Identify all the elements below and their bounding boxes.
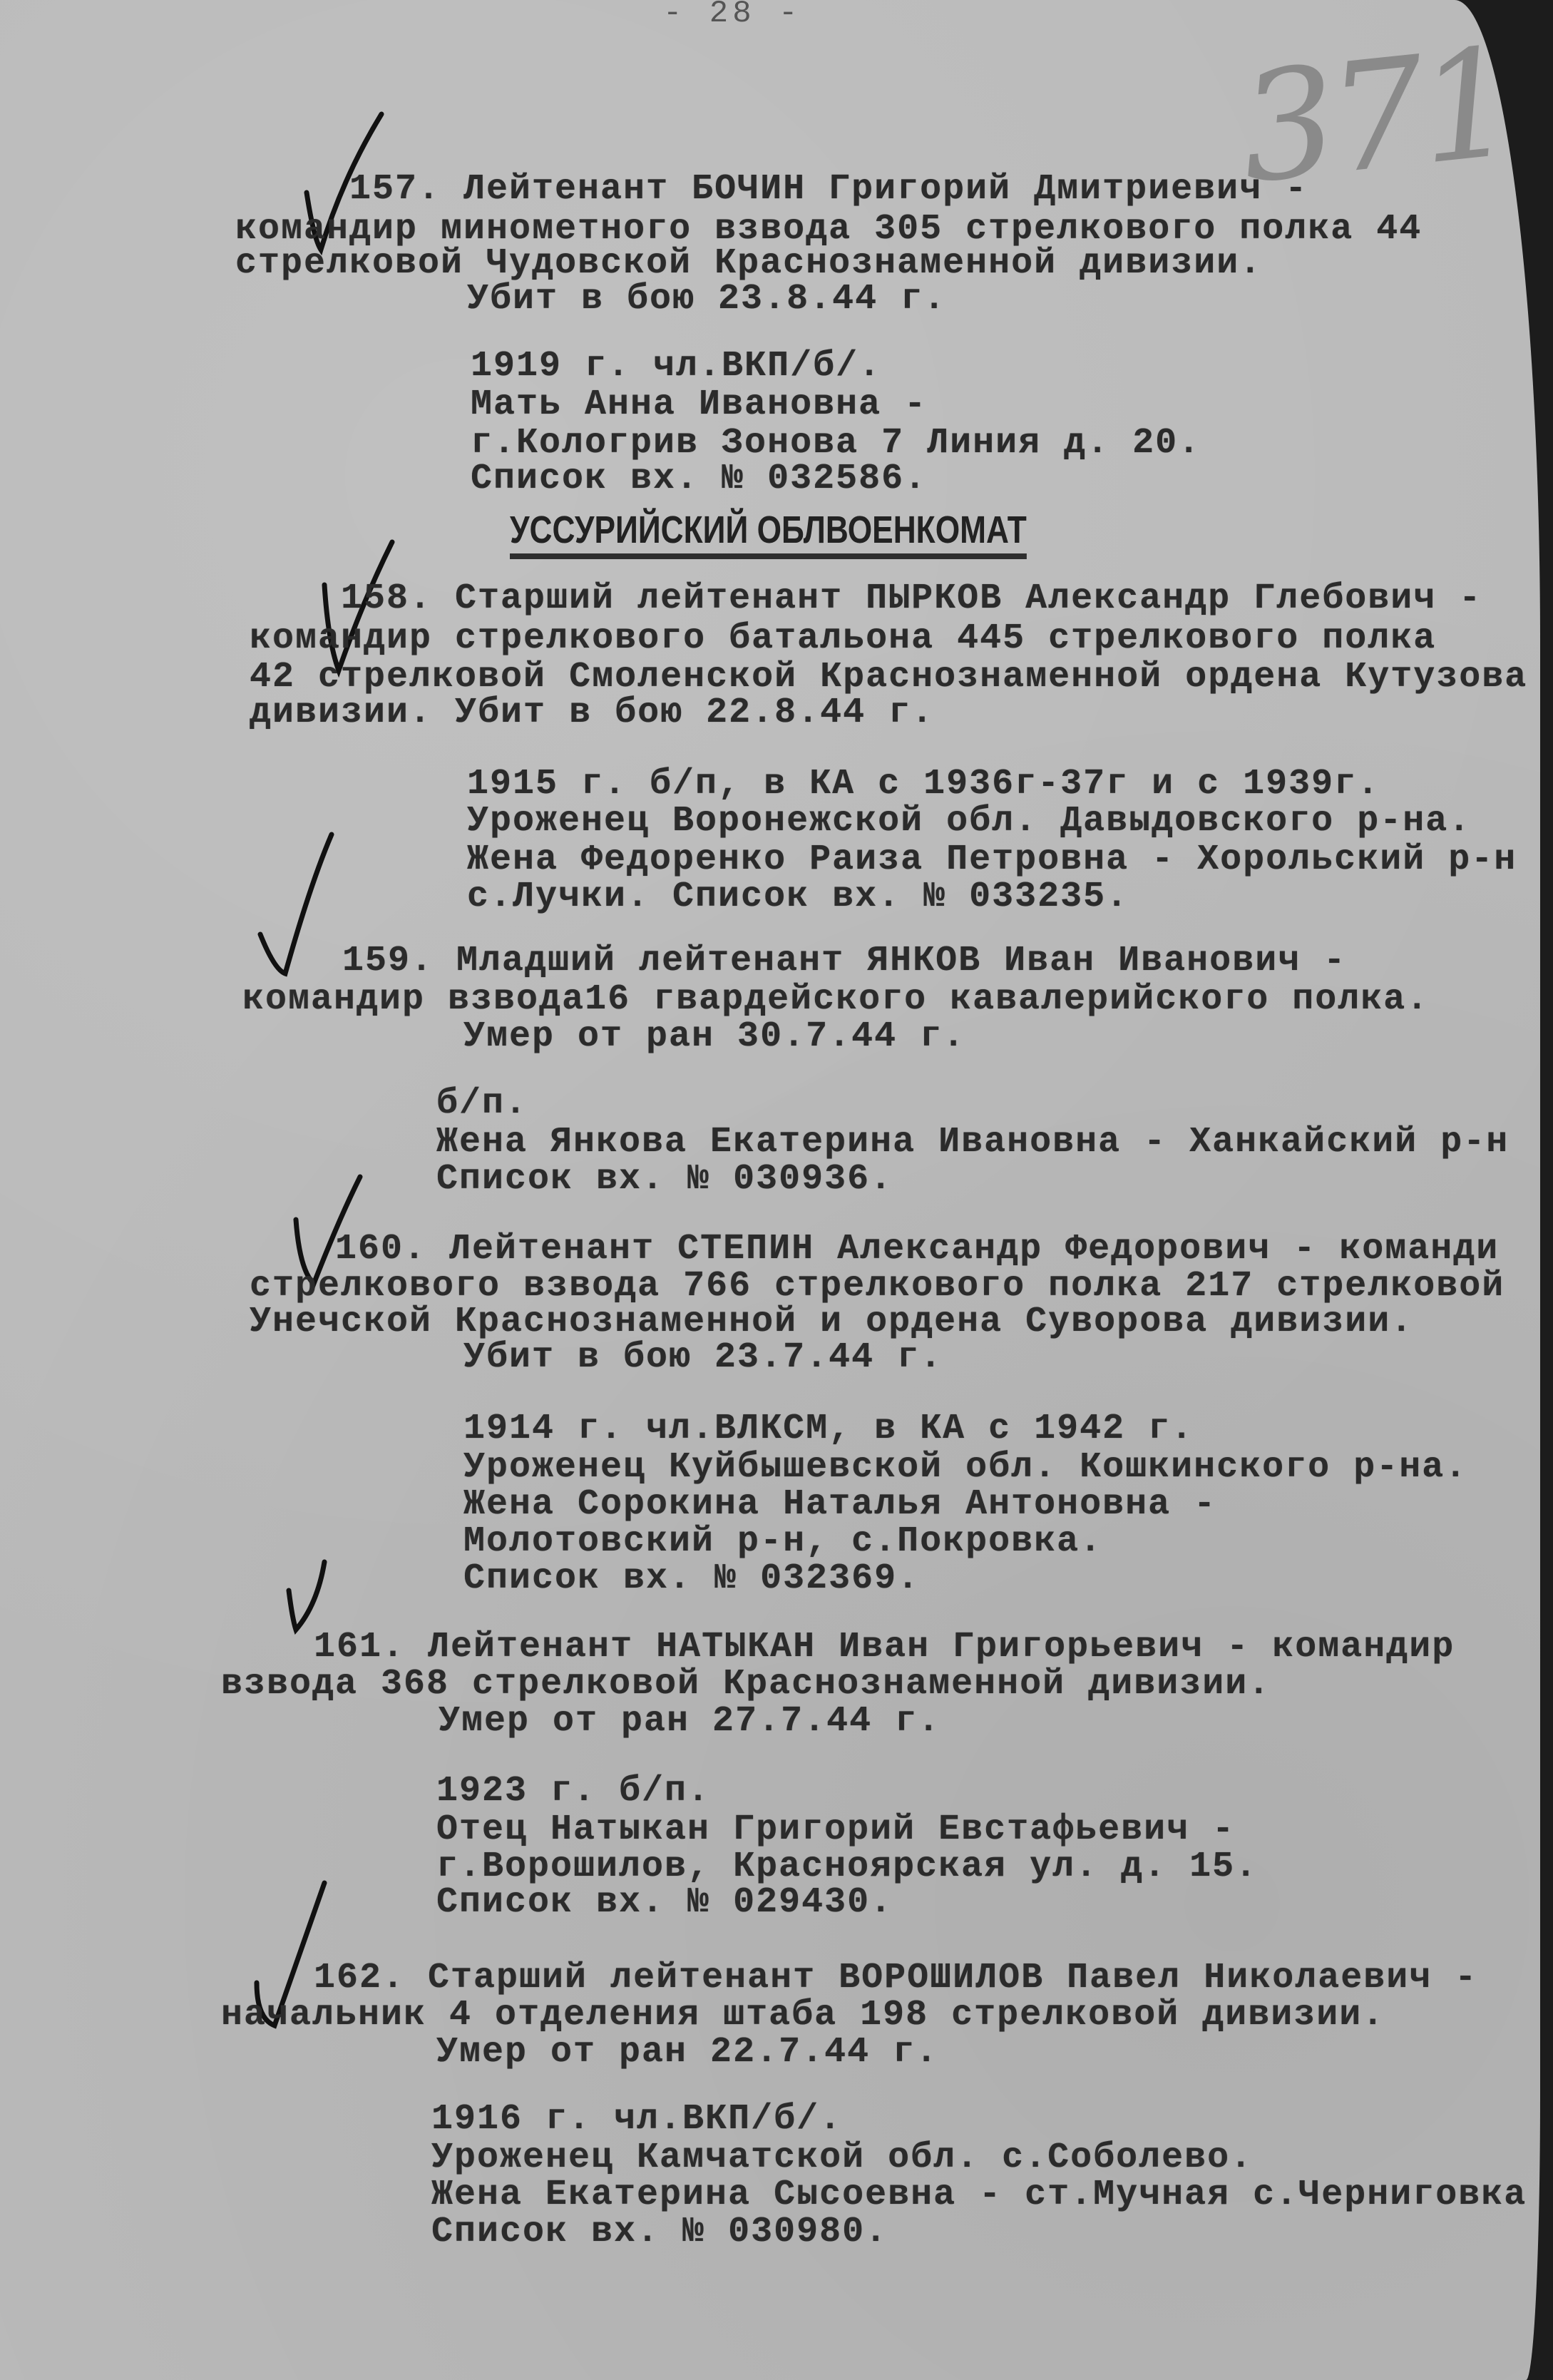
document-page: - 28 - 371 157. Лейтенант БОЧИН Григорий…: [0, 0, 1540, 2380]
entry-line: начальник 4 отделения штаба 198 стрелков…: [221, 1996, 1385, 2036]
entry-line: Убит в бою 23.8.44 г.: [467, 280, 946, 320]
entry-detail: Отец Натыкан Григорий Евстафьевич -: [436, 1810, 1235, 1850]
checkmark-icon: [253, 827, 353, 970]
entry-detail: 1914 г. чл.ВЛКСМ, в КА с 1942 г.: [463, 1409, 1194, 1449]
entry-line: командир взвода16 гвардейского кавалерий…: [242, 980, 1429, 1020]
entry-detail: 1915 г. б/п, в КА с 1936г-37г и с 1939г.: [467, 765, 1380, 805]
entry-line: стрелковой Чудовской Краснознаменной див…: [235, 244, 1262, 284]
entry-detail: Уроженец Камчатской обл. с.Соболево.: [431, 2138, 1253, 2178]
entry-line: Умер от ран 27.7.44 г.: [439, 1702, 940, 1742]
entry-detail: Уроженец Куйбышевской обл. Кошкинского р…: [463, 1448, 1467, 1488]
entry-line: стрелкового взвода 766 стрелкового полка…: [250, 1267, 1505, 1307]
entry-line: 159. Младший лейтенант ЯНКОВ Иван Иванов…: [342, 941, 1346, 981]
entry-detail: Жена Янкова Екатерина Ивановна - Ханкайс…: [436, 1123, 1509, 1163]
entry-detail: Список вх. № 030980.: [431, 2212, 888, 2252]
entry-line: Унечской Краснознаменной и ордена Суворо…: [250, 1302, 1413, 1342]
entry-line: 42 стрелковой Смоленской Краснознаменной…: [250, 658, 1527, 698]
section-heading: УССУРИЙСКИЙ ОБЛВОЕНКОМАТ: [510, 508, 1027, 559]
entry-detail: 1923 г. б/п.: [436, 1772, 710, 1812]
entry-line: Убит в бою 23.7.44 г.: [463, 1338, 943, 1378]
entry-line: 160. Лейтенант СТЕПИН Александр Федорови…: [335, 1230, 1499, 1270]
entry-line: взвода 368 стрелковой Краснознаменной ди…: [221, 1665, 1271, 1705]
entry-line: 161. Лейтенант НАТЫКАН Иван Григорьевич …: [314, 1628, 1455, 1667]
entry-line: Умер от ран 22.7.44 г.: [436, 2033, 938, 2073]
entry-detail: Жена Сорокина Наталья Антоновна -: [463, 1485, 1216, 1525]
entry-detail: Уроженец Воронежской обл. Давыдовского р…: [467, 802, 1471, 842]
entry-line: командир стрелкового батальона 445 стрел…: [250, 619, 1436, 659]
entry-detail: Мать Анна Ивановна -: [471, 385, 927, 425]
entry-detail: Жена Екатерина Сысоевна - ст.Мучная с.Че…: [431, 2175, 1527, 2215]
entry-line: 162. Старший лейтенант ВОРОШИЛОВ Павел Н…: [314, 1958, 1477, 1998]
entry-detail: с.Лучки. Список вх. № 033235.: [467, 877, 1129, 917]
entry-detail: Список вх. № 032586.: [471, 459, 927, 499]
entry-detail: Список вх. № 030936.: [436, 1160, 893, 1200]
page-number: - 28 -: [663, 0, 801, 31]
entry-detail: 1919 г. чл.ВКП/б/.: [471, 347, 881, 387]
entry-detail: г.Кологрив Зонова 7 Линия д. 20.: [471, 424, 1201, 464]
entry-detail: г.Ворошилов, Красноярская ул. д. 15.: [436, 1847, 1258, 1887]
entry-detail: Список вх. № 029430.: [436, 1883, 893, 1923]
entry-detail: Жена Федоренко Раиза Петровна - Хорольск…: [467, 840, 1517, 880]
entry-detail: 1916 г. чл.ВКП/б/.: [431, 2100, 842, 2140]
entry-line: Умер от ран 30.7.44 г.: [463, 1017, 965, 1057]
entry-detail: б/п.: [436, 1084, 528, 1124]
entry-line: дивизии. Убит в бою 22.8.44 г.: [250, 693, 934, 733]
entry-line: 158. Старший лейтенант ПЫРКОВ Александр …: [341, 579, 1482, 619]
entry-detail: Молотовский р-н, с.Покровка.: [463, 1522, 1102, 1562]
entry-line: 157. Лейтенант БОЧИН Григорий Дмитриевич…: [349, 170, 1308, 210]
entry-detail: Список вх. № 032369.: [463, 1559, 920, 1599]
